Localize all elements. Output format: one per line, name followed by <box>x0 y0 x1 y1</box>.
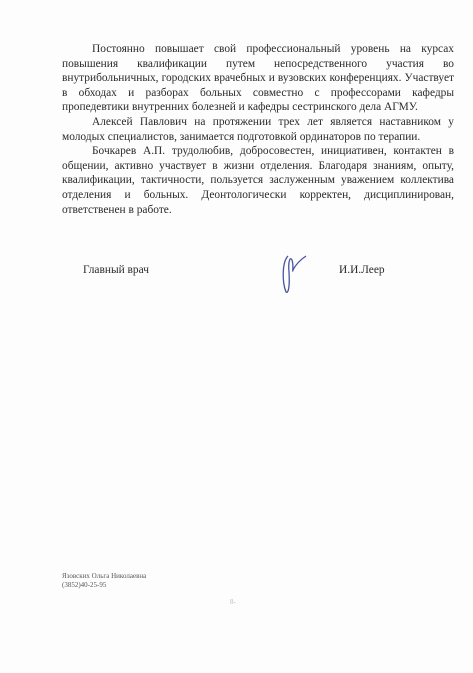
signatory-name: И.И.Леер <box>339 264 385 276</box>
footer-contact: Язовских Ольга Николаевна (3852)40-25-95 <box>62 572 146 589</box>
page-mark: 8- <box>230 598 236 606</box>
paragraph-mentoring: Алексей Павлович на протяжении трех лет … <box>62 115 454 144</box>
handwritten-signature-icon <box>278 252 318 296</box>
signatory-title: Главный врач <box>83 264 149 276</box>
author-phone: (3852)40-25-95 <box>62 581 146 590</box>
document-page: Постоянно повышает свой профессиональный… <box>0 0 473 673</box>
paragraph-character: Бочкарев А.П. трудолюбив, добросовестен,… <box>62 144 454 217</box>
paragraph-qualification: Постоянно повышает свой профессиональный… <box>62 42 454 115</box>
signature-block: Главный врач И.И.Леер <box>83 262 423 302</box>
author-name: Язовских Ольга Николаевна <box>62 572 146 581</box>
letter-body: Постоянно повышает свой профессиональный… <box>62 42 454 217</box>
